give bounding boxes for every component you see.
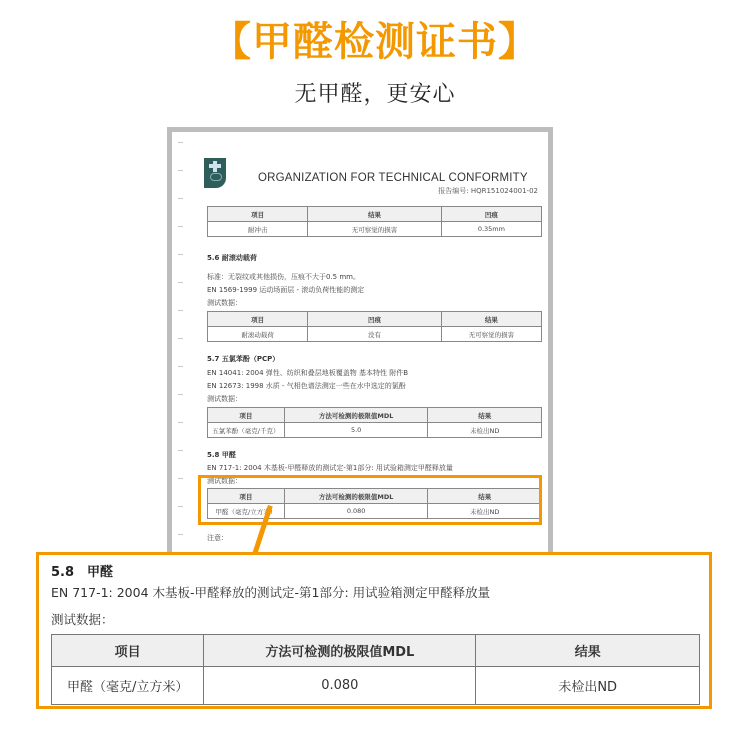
section-text: EN 12673: 1998 水质 - 气相色谱法测定一些在水中选定的氯酚 [207, 381, 406, 391]
section-heading: 5.8 甲醛 [207, 450, 236, 460]
formaldehyde-table: 项目 方法可检测的极限值MDL 结果 甲醛（毫克/立方米） 0.080 未检出N… [51, 634, 700, 705]
pcp-table: 项目 方法可检测的极限值MDL 结果 五氯苯酚（毫克/千克） 5.0 未检出ND [207, 407, 542, 438]
section-heading: 5.6 耐滚动载荷 [207, 253, 257, 263]
section-text: 标准：无裂纹或其他损伤，压痕不大于0.5 mm。 [207, 272, 360, 282]
table-row: 甲醛（毫克/立方米） 0.080 未检出ND [52, 667, 700, 705]
table-header: 项目 [52, 635, 204, 667]
section-heading: 5.7 五氯苯酚（PCP） [207, 354, 279, 364]
table-header: 方法可检测的极限值MDL [204, 635, 476, 667]
section-text: EN 717-1: 2004 木基板-甲醛释放的测试定-第1部分: 用试验箱测定… [207, 463, 453, 473]
zoomed-detail-panel: 5.8 甲醛 EN 717-1: 2004 木基板-甲醛释放的测试定-第1部分:… [36, 552, 712, 709]
section-text: EN 14041: 2004 弹性、纺织和叠层地板覆盖物 基本特性 附件B [207, 368, 408, 378]
zoom-heading: 5.8 甲醛 [51, 561, 113, 580]
table-header: 结果 [441, 312, 541, 327]
table-header: 项目 [208, 207, 308, 222]
zoom-data-label: 测试数据： [51, 610, 114, 628]
table-header: 结果 [308, 207, 442, 222]
note-label: 注意： [207, 533, 228, 543]
report-number: 报告编号: HQR151024001-02 [438, 186, 538, 196]
table-row: 耐冲击 无可察觉的损害 0.35mm [208, 222, 542, 237]
table-header: 结果 [476, 635, 700, 667]
organization-logo-icon [204, 158, 226, 188]
section-text: 测试数据： [207, 298, 242, 308]
impact-table: 项目 结果 凹痕 耐冲击 无可察觉的损害 0.35mm [207, 206, 542, 237]
page-title: 【甲醛检测证书】 [0, 14, 750, 70]
rolling-load-table: 项目 凹痕 结果 耐滚动载荷 没有 无可察觉的损害 [207, 311, 542, 342]
table-header: 项目 [208, 312, 308, 327]
table-header: 凹痕 [441, 207, 541, 222]
table-header: 项目 [208, 408, 285, 423]
section-text: EN 1569-1999 运动场面层 - 滚动负荷性能的测定 [207, 285, 364, 295]
page-subtitle: 无甲醛，更安心 [0, 80, 750, 110]
margin-ticks [178, 142, 184, 562]
table-header: 结果 [428, 408, 542, 423]
table-row: 五氯苯酚（毫克/千克） 5.0 未检出ND [208, 423, 542, 438]
table-header: 凹痕 [308, 312, 442, 327]
table-row: 耐滚动载荷 没有 无可察觉的损害 [208, 327, 542, 342]
highlight-box [198, 475, 542, 525]
section-text: 测试数据： [207, 394, 242, 404]
table-header: 方法可检测的极限值MDL [284, 408, 428, 423]
organization-name: ORGANIZATION FOR TECHNICAL CONFORMITY [258, 172, 528, 184]
zoom-method-line: EN 717-1: 2004 木基板-甲醛释放的测试定-第1部分: 用试验箱测定… [51, 583, 490, 601]
